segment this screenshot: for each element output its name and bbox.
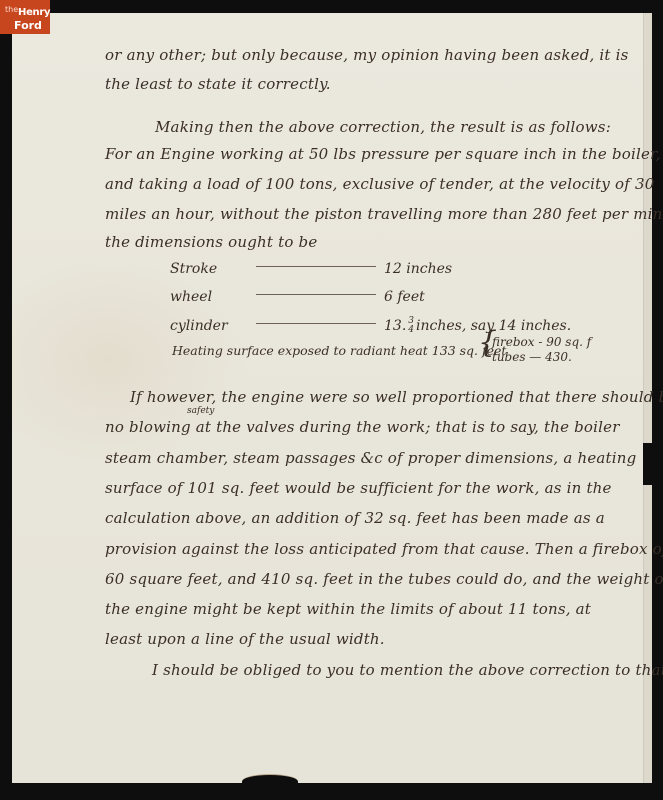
text-line: steam chamber, steam passages &c of prop…: [105, 449, 636, 467]
fraction: 34: [408, 317, 414, 335]
dimension-label: cylinder: [170, 318, 256, 334]
dimension-row-cylinder: cylinder13.34inches, say 14 inches.: [170, 317, 571, 335]
text-line: provision against the loss anticipated f…: [105, 540, 663, 558]
text-line: or any other; but only because, my opini…: [105, 46, 629, 64]
text-line: If however, the engine were so well prop…: [130, 388, 663, 406]
leader-line: [256, 323, 376, 324]
text-line: and taking a load of 100 tons, exclusive…: [105, 175, 654, 193]
text-line: surface of 101 sq. feet would be suffici…: [105, 479, 612, 497]
logo-ford: Ford: [14, 20, 42, 31]
text-line: For an Engine working at 50 lbs pressure…: [105, 145, 661, 163]
text-line: 60 square feet, and 410 sq. feet in the …: [105, 570, 663, 588]
document-viewer: the Henry Ford or any other; but only be…: [0, 0, 663, 800]
dimension-row-wheel: wheel6 feet: [170, 289, 425, 305]
dimension-value: 12 inches: [384, 261, 452, 277]
fraction-denominator: 4: [408, 326, 414, 335]
text-line: miles an hour, without the piston travel…: [105, 205, 663, 223]
leader-line: [256, 266, 376, 267]
heating-surface-line: Heating surface exposed to radiant heat …: [172, 343, 506, 358]
handwritten-text: or any other; but only because, my opini…: [12, 13, 652, 783]
inserted-word-safety: safety: [187, 406, 214, 416]
logo-henry: Henry: [18, 8, 50, 18]
dimension-label: wheel: [170, 289, 256, 305]
dimension-value: 6 feet: [384, 289, 425, 305]
text-line: no blowing at the valves during the work…: [105, 418, 620, 436]
dimension-value-prefix: 13.: [384, 318, 406, 334]
dimension-label: Stroke: [170, 261, 256, 277]
tubes-value: tubes — 430.: [492, 350, 572, 364]
text-line: I should be obliged to you to mention th…: [152, 661, 663, 679]
henry-ford-logo[interactable]: the Henry Ford: [0, 0, 50, 34]
text-line: the dimensions ought to be: [105, 233, 317, 251]
text-line: calculation above, an addition of 32 sq.…: [105, 509, 605, 527]
logo-the: the: [5, 6, 18, 14]
text-line: least upon a line of the usual width.: [105, 630, 385, 648]
firebox-value: firebox - 90 sq. f: [492, 335, 591, 349]
text-line: Making then the above correction, the re…: [155, 118, 611, 136]
manuscript-page: or any other; but only because, my opini…: [12, 13, 652, 783]
leader-line: [256, 294, 376, 295]
dimension-row-stroke: Stroke12 inches: [170, 261, 452, 277]
text-line: the least to state it correctly.: [105, 75, 331, 93]
text-line: the engine might be kept within the limi…: [105, 600, 591, 618]
